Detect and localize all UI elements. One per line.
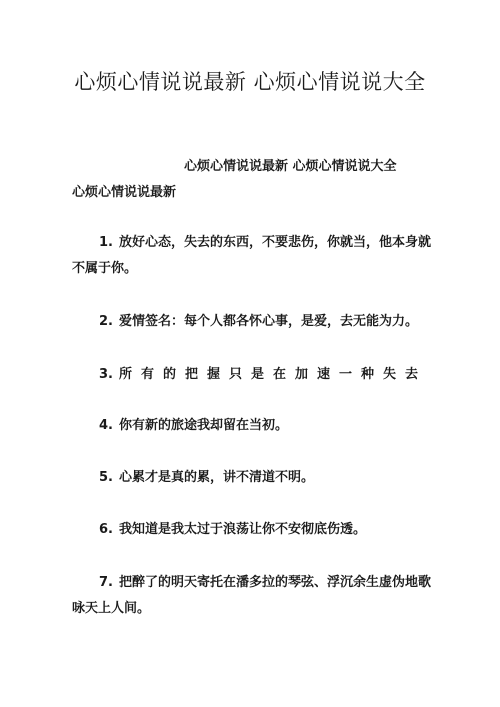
- list-item: 4.你有新的旅途我却留在当初。: [72, 413, 442, 439]
- list-item: 5.心累才是真的累，讲不清道不明。: [72, 465, 442, 491]
- list-item: 6.我知道是我太过于浪荡让你不安彻底伤透。: [72, 517, 442, 543]
- document-subtitle: 心烦心情说说最新 心烦心情说说大全: [184, 155, 397, 174]
- item-text: 你有新的旅途我却留在当初。: [119, 418, 288, 433]
- item-text: 把醉了的明天寄托在潘多拉的琴弦、浮沉余生虚伪地歌咏天上人间。: [72, 575, 431, 616]
- item-number: 6.: [99, 522, 113, 537]
- list-item: 1.放好心态，失去的东西，不要悲伤，你就当，他本身就不属于你。: [72, 230, 442, 282]
- item-number: 2.: [99, 314, 113, 329]
- list-item: 7.把醉了的明天寄托在潘多拉的琴弦、浮沉余生虚伪地歌咏天上人间。: [72, 570, 442, 622]
- item-text: 放好心态，失去的东西，不要悲伤，你就当，他本身就不属于你。: [72, 235, 431, 276]
- item-number: 4.: [99, 418, 113, 433]
- document-title: 心烦心情说说最新 心烦心情说说大全: [0, 66, 500, 96]
- document-subline: 心烦心情说说最新: [72, 181, 176, 200]
- item-text: 所有的把握只是在加速一种失去: [119, 367, 427, 382]
- item-number: 5.: [99, 470, 113, 485]
- item-number: 1.: [99, 235, 113, 250]
- item-text: 爱情签名：每个人都各怀心事，是爱，去无能为力。: [119, 314, 418, 329]
- item-number: 3.: [99, 367, 113, 382]
- list-item: 2.爱情签名：每个人都各怀心事，是爱，去无能为力。: [72, 309, 442, 335]
- item-number: 7.: [99, 575, 113, 590]
- item-text: 我知道是我太过于浪荡让你不安彻底伤透。: [119, 522, 366, 537]
- list-item: 3.所有的把握只是在加速一种失去: [72, 362, 442, 388]
- item-text: 心累才是真的累，讲不清道不明。: [119, 470, 314, 485]
